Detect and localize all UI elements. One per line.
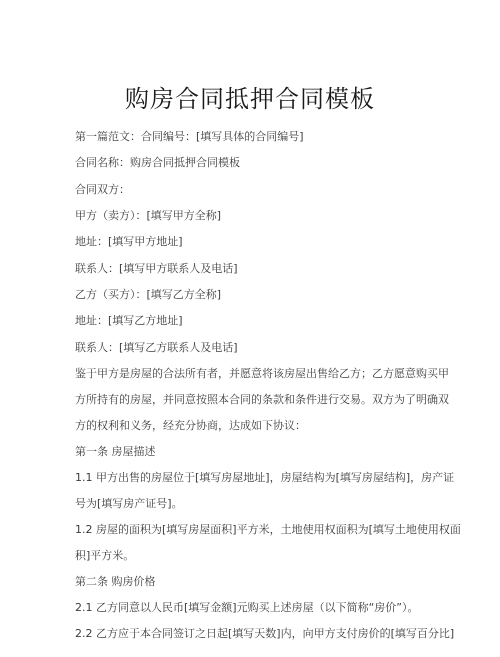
document-line: 第一篇范文：合同编号：[填写具体的合同编号] bbox=[75, 130, 304, 144]
document-line: 地址：[填写乙方地址] bbox=[75, 314, 183, 328]
document-line: 乙方（买方）：[填写乙方全称] bbox=[75, 288, 221, 302]
document-line: 积]平方米。 bbox=[75, 549, 134, 563]
document-line: 2.2 乙方应于本合同签订之日起[填写天数]内，向甲方支付房价的[填写百分比] bbox=[75, 627, 454, 641]
document-line: 第二条 购房价格 bbox=[75, 575, 156, 589]
document-line: 1.2 房屋的面积为[填写房屋面积]平方米，土地使用权面积为[填写土地使用权面 bbox=[75, 523, 461, 537]
document-line: 第一条 房屋描述 bbox=[75, 445, 156, 459]
document-line: 甲方（卖方）：[填写甲方全称] bbox=[75, 209, 221, 223]
document-line: 2.1 乙方同意以人民币[填写金额]元购买上述房屋（以下简称“房价”）。 bbox=[75, 601, 418, 615]
document-line: 号为[填写房产证号]。 bbox=[75, 497, 183, 511]
document-line: 联系人：[填写甲方联系人及电话] bbox=[75, 262, 238, 276]
document-line: 方的权利和义务，经充分协商，达成如下协议： bbox=[75, 419, 306, 433]
document-line: 方所持有的房屋，并同意按照本合同的条款和条件进行交易。双方为了明确双 bbox=[75, 393, 449, 407]
document-line: 合同名称：购房合同抵押合同模板 bbox=[75, 156, 240, 170]
document-line: 鉴于甲方是房屋的合法所有者，并愿意将该房屋出售给乙方；乙方愿意购买甲 bbox=[75, 367, 449, 381]
document-line: 1.1 甲方出售的房屋位于[填写房屋地址]，房屋结构为[填写房屋结构]，房产证 bbox=[75, 471, 454, 485]
document-line: 地址：[填写甲方地址] bbox=[75, 235, 183, 249]
document-line: 合同双方： bbox=[75, 183, 130, 197]
document-line: 联系人：[填写乙方联系人及电话] bbox=[75, 341, 238, 355]
document-title: 购房合同抵押合同模板 bbox=[0, 84, 500, 114]
